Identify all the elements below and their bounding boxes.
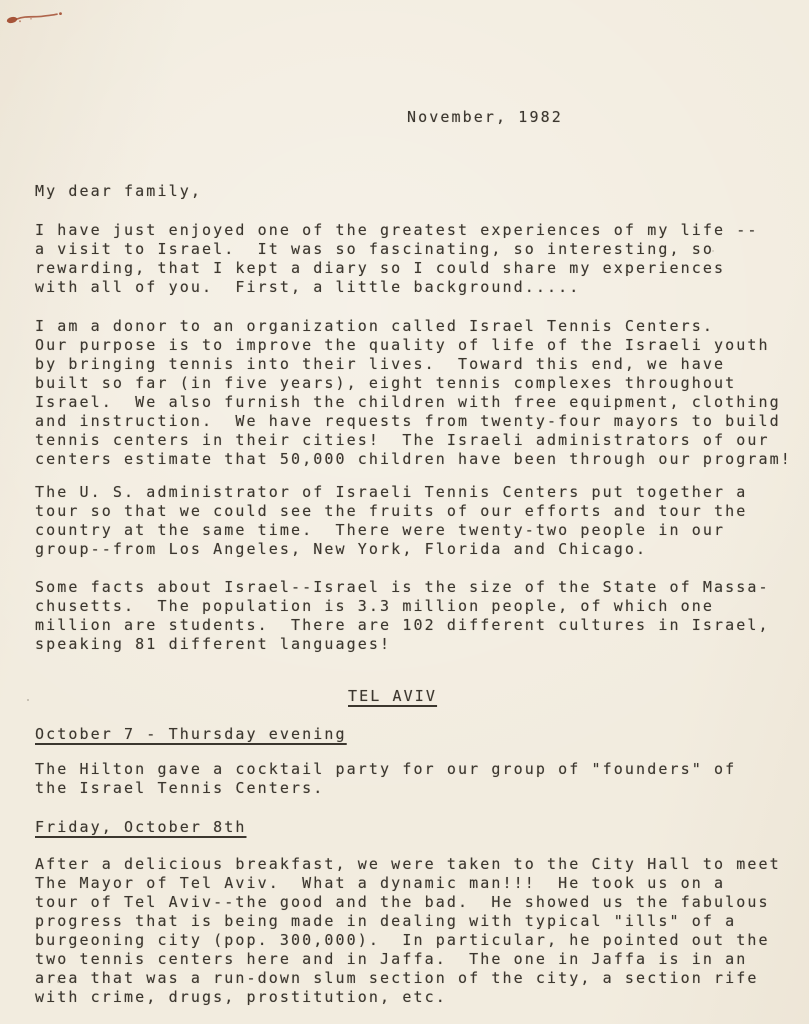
section-heading-tel-aviv: TEL AVIV [348,687,809,706]
paragraph-city-hall-visit: After a delicious breakfast, we were tak… [35,855,809,1007]
paragraph-intro: I have just enjoyed one of the greatest … [35,221,809,297]
paragraph-israel-facts: Some facts about Israel--Israel is the s… [35,578,809,654]
entry-heading-october-8: Friday, October 8th [35,818,809,837]
entry-heading-october-7: October 7 - Thursday evening [35,725,809,744]
paragraph-hilton-party: The Hilton gave a cocktail party for our… [35,760,809,798]
paragraph-tour-group: The U. S. administrator of Israeli Tenni… [35,483,809,559]
letter-date: November, 1982 [407,108,809,127]
letter-page: November, 1982 My dear family, I have ju… [0,0,809,1024]
salutation: My dear family, [35,182,809,201]
letter-body: November, 1982 My dear family, I have ju… [0,0,809,1024]
paragraph-donor-background: I am a donor to an organization called I… [35,317,809,469]
